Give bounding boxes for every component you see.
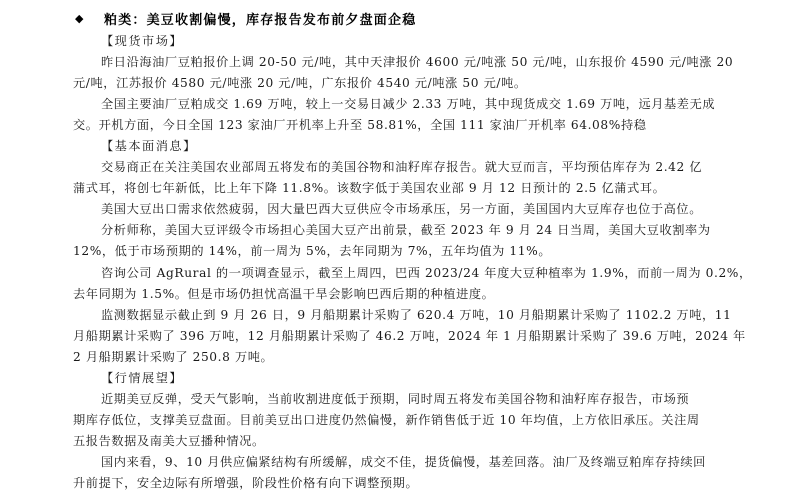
paragraph-line: 12%，低于市场预期的 14%，前一周为 5%，去年同期为 7%，五年均值为 1… [73,241,551,261]
paragraph-line: 月船期累计采购了 396 万吨，12 月船期累计采购了 46.2 万吨，2024… [73,326,746,346]
section-heading: ◆ 粕类：美豆收割偏慢，库存报告发布前夕盘面企稳 [73,8,416,28]
paragraph-line: 全国主要油厂豆粕成交 1.69 万吨，较上一交易日减少 2.33 万吨，其中现货… [101,94,715,114]
section-title-fundamentals: 【基本面消息】 [101,136,197,156]
diamond-bullet-icon: ◆ [75,12,85,25]
paragraph-line: 昨日沿海油厂豆粕报价上调 20-50 元/吨，其中天津报价 4600 元/吨涨 … [101,52,733,72]
paragraph-line: 期库存低位，支撑美豆盘面。目前美豆出口进度仍然偏慢，新作销售低于近 10 年均值… [73,410,700,430]
paragraph-line: 2 月船期累计采购了 250.8 万吨。 [73,347,273,367]
paragraph-line: 咨询公司 AgRural 的一项调查显示，截至上周四，巴西 2023/24 年度… [101,263,752,283]
paragraph-line: 监测数据显示截止到 9 月 26 日，9 月船期累计采购了 620.4 万吨，1… [101,305,731,325]
section-title-spot-market: 【现货市场】 [101,31,183,51]
paragraph-line: 近期美豆反弹，受天气影响，当前收割进度低于预期，同时周五将发布美国谷物和油籽库存… [101,389,689,409]
paragraph-line: 国内来看，9、10 月供应偏紧结构有所缓解，成交不佳，提货偏慢，基差回落。油厂及… [101,452,706,472]
heading-title: 粕类：美豆收割偏慢，库存报告发布前夕盘面企稳 [104,9,416,28]
paragraph-line: 蒲式耳，将创七年新低，比上年下降 11.8%。该数字低于美国农业部 9 月 12… [73,178,665,198]
section-title-outlook: 【行情展望】 [101,368,183,388]
paragraph-line: 交。开机方面，今日全国 123 家油厂开机率上升至 58.81%，全国 111 … [73,115,647,135]
paragraph-line: 五报告数据及南美大豆播种情况。 [73,431,265,451]
paragraph-line: 去年同期为 1.5%。但是市场仍担忧高温干旱会影响巴西后期的种植进度。 [73,284,494,304]
paragraph-line: 升前提下，安全边际有所增强，阶段性价格有向下调整预期。 [73,473,418,493]
paragraph-line: 分析师称，美国大豆评级令市场担心美国大豆产出前景，截至 2023 年 9 月 2… [101,220,711,240]
paragraph-line: 交易商正在关注美国农业部周五将发布的美国谷物和油籽库存报告。就大豆而言，平均预估… [101,157,702,177]
paragraph-line: 元/吨，江苏报价 4580 元/吨涨 20 元/吨，广东报价 4540 元/吨涨… [73,73,527,93]
paragraph-line: 美国大豆出口需求依然疲弱，因大量巴西大豆供应令市场承压，另一方面，美国国内大豆库… [101,199,702,219]
